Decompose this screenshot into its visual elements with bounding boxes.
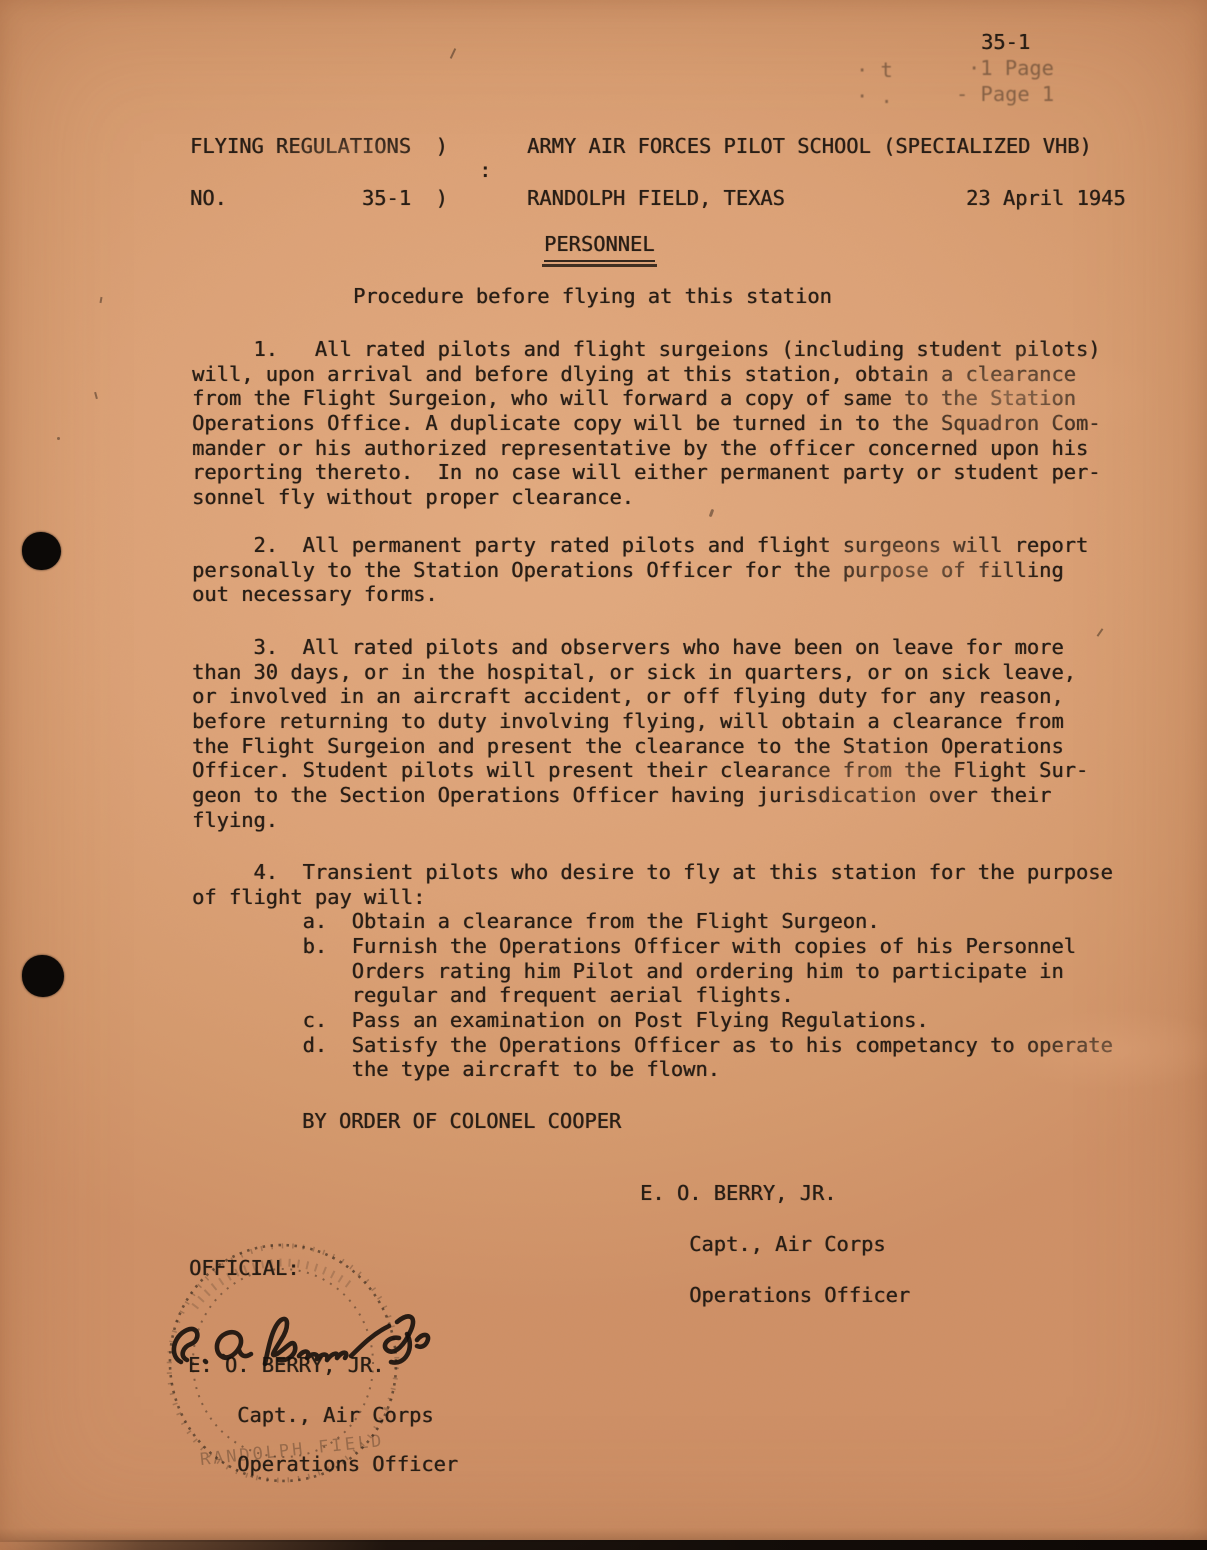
page-bottom-edge <box>0 1540 1207 1550</box>
hole-punch-mark <box>22 532 61 570</box>
signer-title: Operations Officer <box>689 1283 910 1307</box>
page-reference-number: 35-1 <box>981 30 1030 55</box>
ghost-stamp-fragment: · . <box>856 84 893 109</box>
ghost-page-number: - Page 1 <box>956 82 1054 107</box>
signer-name: E. O. BERRY, JR. <box>640 1181 836 1205</box>
document-page: 35-1 · t ·1 Page · . - Page 1 FLYING REG… <box>0 0 1207 1550</box>
ghost-page-stamp: ·1 Page <box>968 56 1054 81</box>
section-title-wrap: PERSONNEL <box>544 232 655 262</box>
paragraph-3: 3. All rated pilots and observers who ha… <box>192 635 1088 832</box>
regulation-number: NO. 35-1 ) <box>190 186 448 211</box>
document-date: 23 April 1945 <box>966 186 1126 211</box>
signature <box>165 1300 455 1395</box>
page-bottom-shadow <box>0 1528 1207 1542</box>
hole-punch-mark <box>22 955 64 997</box>
station-name: RANDOLPH FIELD, TEXAS <box>527 186 785 211</box>
signer-rank: Capt., Air Corps <box>689 1232 885 1256</box>
regulation-name: FLYING REGULATIONS ) <box>190 134 448 159</box>
order-line: BY ORDER OF COLONEL COOPER <box>302 1109 621 1134</box>
paragraph-2: 2. All permanent party rated pilots and … <box>192 533 1088 607</box>
paragraph-1: 1. All rated pilots and flight surgeions… <box>192 337 1100 510</box>
subject-line: Procedure before flying at this station <box>353 284 832 309</box>
issuing-organization: ARMY AIR FORCES PILOT SCHOOL (SPECIALIZE… <box>527 134 1092 159</box>
header-colon: : <box>479 158 491 183</box>
signature-block: E. O. BERRY, JR. Capt., Air Corps Operat… <box>640 1181 910 1309</box>
ghost-stamp-fragment: · t <box>856 58 893 83</box>
stamp-text: RANDOLPH FIELD <box>199 1431 385 1470</box>
section-title: PERSONNEL <box>544 232 655 262</box>
paragraph-4: 4. Transient pilots who desire to fly at… <box>192 860 1113 1082</box>
